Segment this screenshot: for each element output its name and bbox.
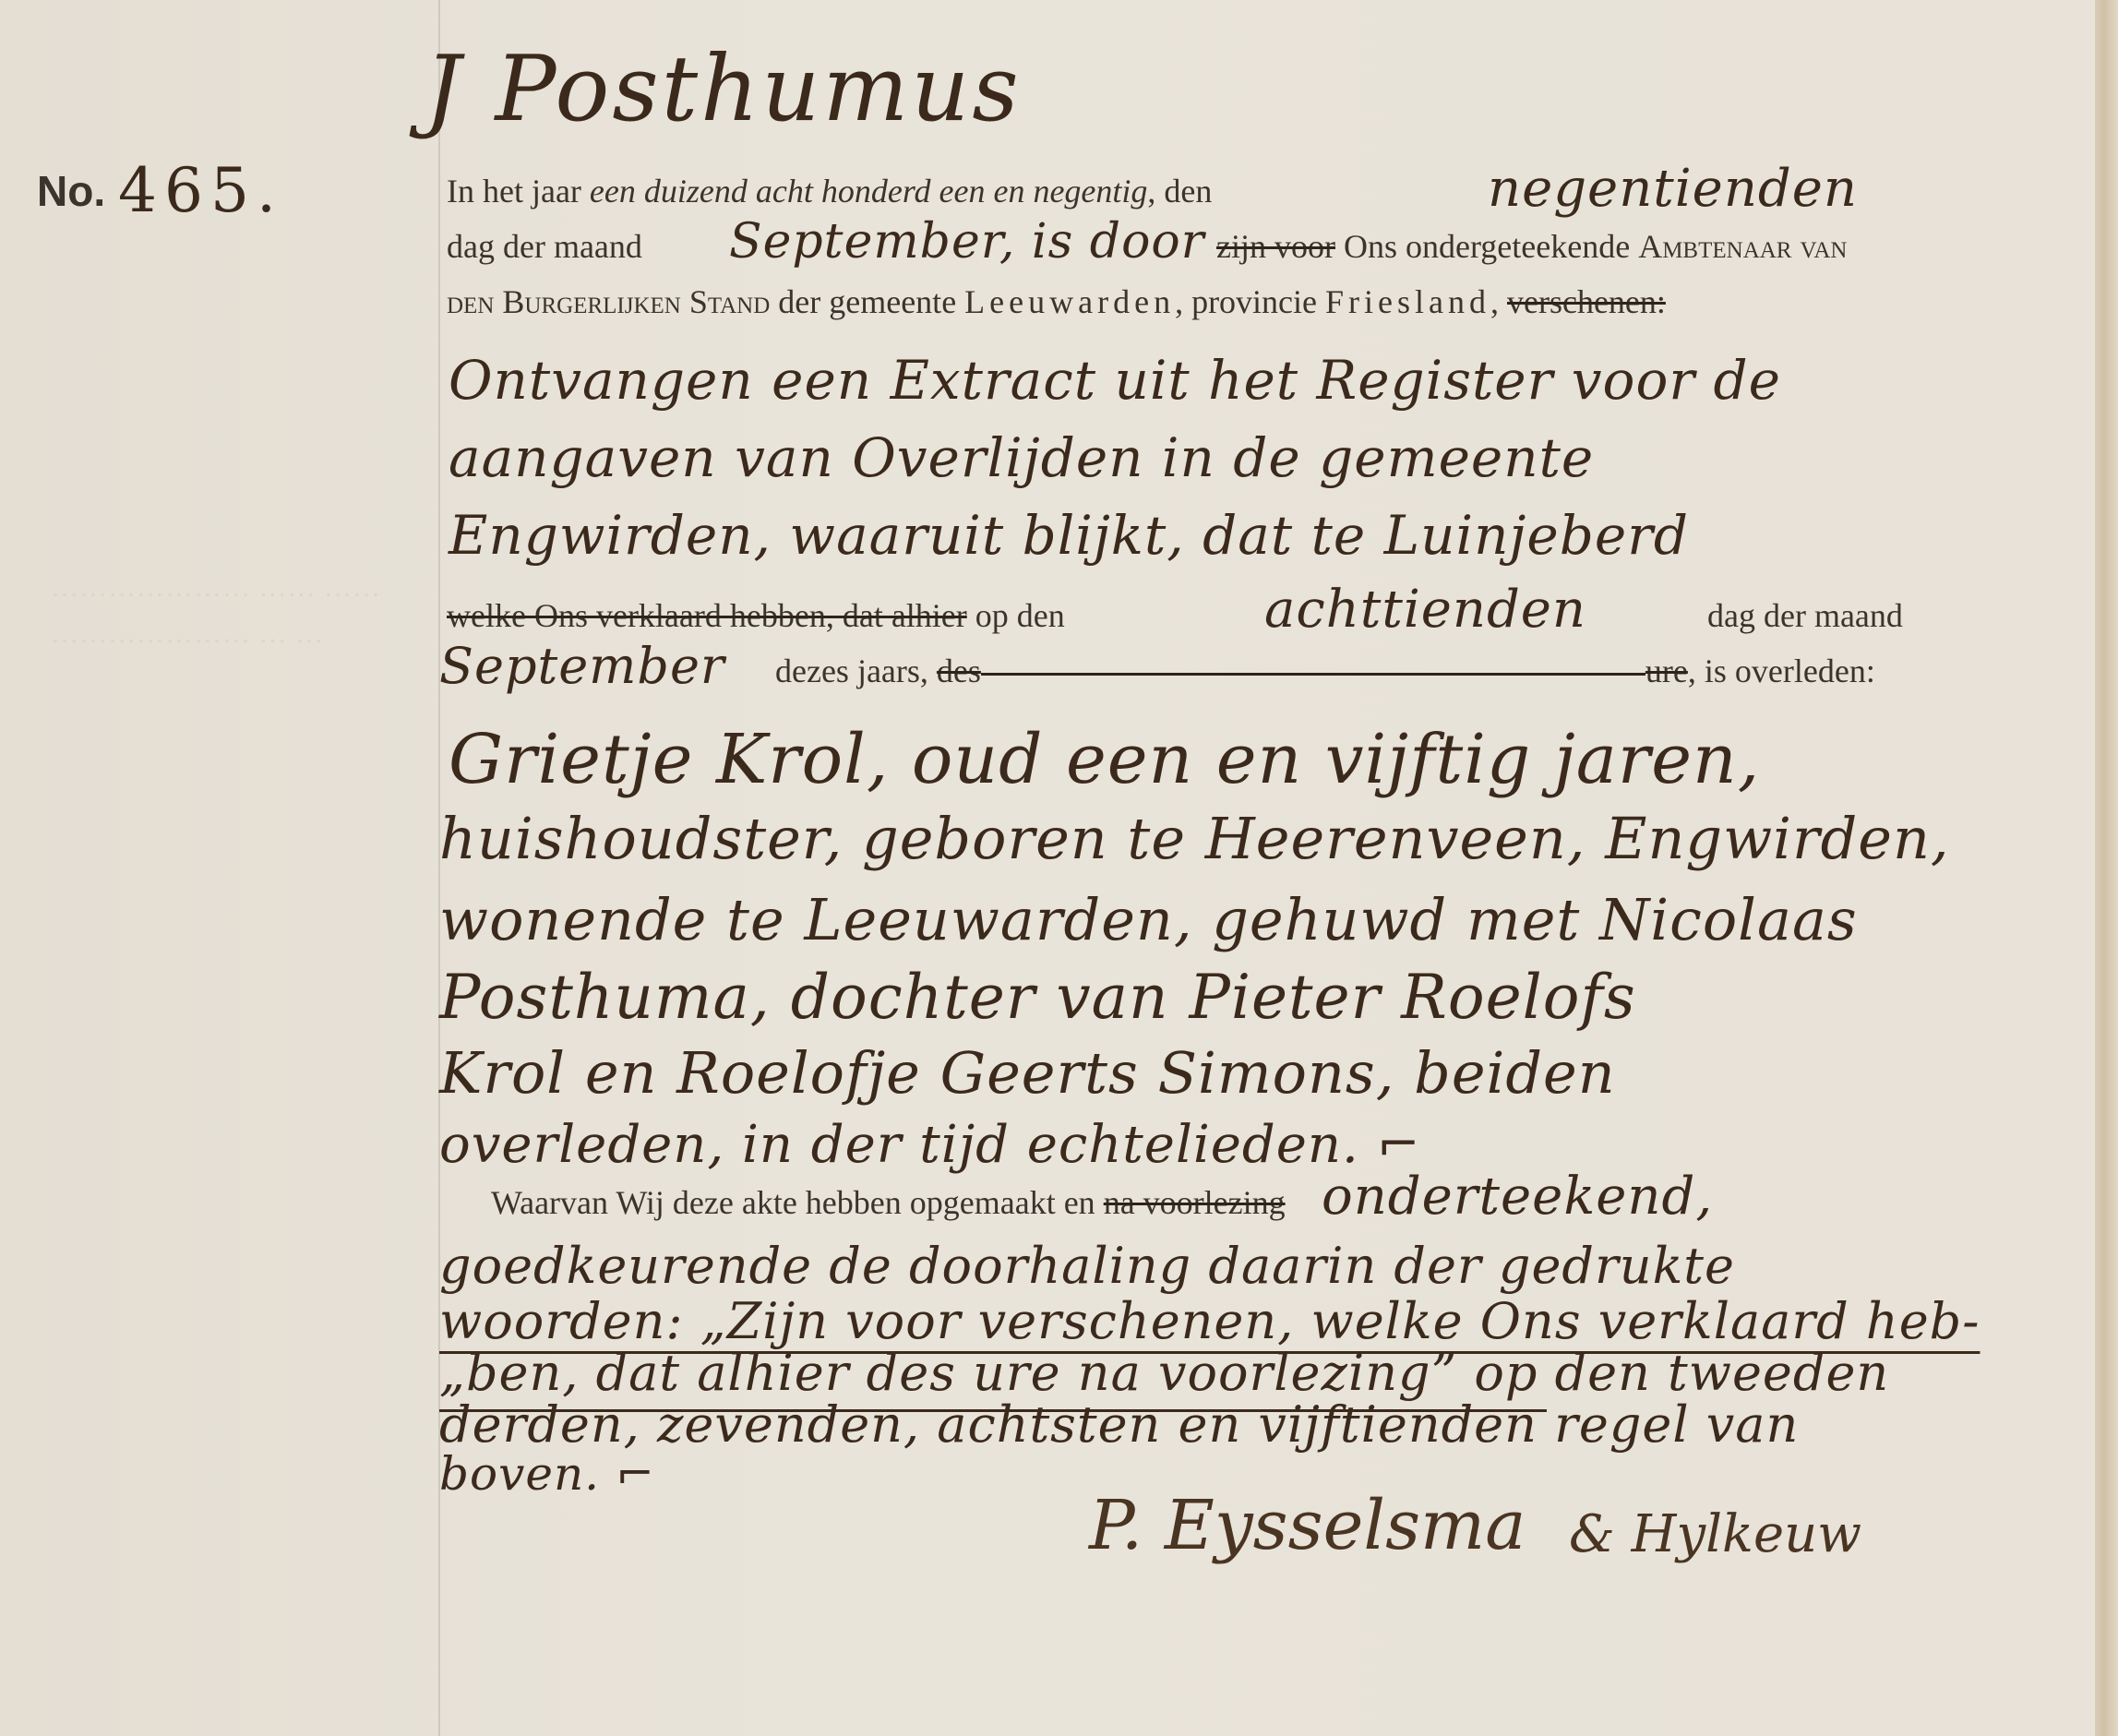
printed-text: dezes jaars,: [775, 652, 928, 689]
hand-day-of-record: negentienden: [1488, 159, 1858, 219]
struck-text: des: [937, 652, 981, 689]
struck-text: ure: [1645, 652, 1688, 689]
closing-hand-line: derden, zevenden, achtsten en vijftiende…: [439, 1395, 1799, 1454]
official-signature: P. Eysselsma: [1089, 1486, 1526, 1565]
deceased-line: Krol en Roelofje Geerts Simons, beiden: [439, 1039, 1616, 1107]
bleed-through-text: ………………… …… ……: [51, 572, 381, 604]
record-number-label: No.: [37, 166, 105, 216]
line-7: welke Ons verklaard hebben, dat alhier o…: [447, 596, 1065, 635]
closing-hand-line: boven. ⌐: [439, 1447, 655, 1501]
printed-year: een duizend acht honderd een en negentig: [590, 173, 1147, 210]
struck-text: zijn voor: [1216, 228, 1335, 265]
struck-text: verschenen:: [1507, 283, 1666, 320]
struck-text: welke Ons verklaard hebben, dat alhier: [447, 597, 967, 634]
printed-text: , is overleden:: [1688, 652, 1875, 689]
printed-text: Waarvan Wij deze akte hebben opgemaakt e…: [491, 1184, 1095, 1221]
hand-line: Engwirden, waaruit blijkt, dat te Luinje…: [449, 504, 1689, 567]
printed-text: Ons ondergeteekende: [1344, 228, 1630, 265]
printed-text: op den: [975, 597, 1065, 634]
printed-text: , provincie: [1175, 283, 1317, 320]
closing-hand-line: goedkeurende de doorhaling daarin der ge…: [439, 1237, 1735, 1295]
line-3: den Burgerlijken Stand der gemeente Leeu…: [447, 282, 1666, 321]
hand-line: Ontvangen een Extract uit het Register v…: [449, 349, 1781, 412]
printed-text: dag der maand: [447, 227, 642, 266]
line-8: dezes jaars, desure, is overleden:: [775, 652, 1875, 690]
hand-month: September, is door: [729, 214, 1205, 269]
printed-province: Friesland: [1325, 283, 1490, 320]
printed-text: Ambtenaar van: [1638, 228, 1847, 265]
line-1: In het jaar een duizend acht honderd een…: [447, 172, 1212, 210]
deceased-line: wonende te Leeuwarden, gehuwd met Nicola…: [439, 886, 1858, 953]
hand-text: onderteekend,: [1322, 1167, 1713, 1227]
printed-text: In het jaar: [447, 173, 581, 210]
header-signature: J Posthumus: [425, 37, 1022, 142]
line-2-right: zijn voor Ons ondergeteekende Ambtenaar …: [1216, 227, 1847, 266]
printed-text: , den: [1147, 173, 1212, 210]
closing-line: Waarvan Wij deze akte hebben opgemaakt e…: [491, 1183, 1286, 1222]
deceased-line: overleden, in der tijd echtelieden. ⌐: [439, 1115, 1420, 1175]
closing-hand-line-underlined: woorden: „Zijn voor verschenen, welke On…: [439, 1292, 1980, 1350]
printed-text: den Burgerlijken Stand: [447, 283, 770, 320]
printed-text: der gemeente: [778, 283, 956, 320]
official-signature-suffix: & Hylkeuw: [1569, 1504, 1861, 1564]
document-page: ………………… …… …… ………………… … … J Posthumus No…: [0, 0, 2095, 1736]
hand-day-of-death: achttienden: [1264, 580, 1586, 640]
printed-text: dag der maand: [1707, 596, 1903, 635]
record-number: 465.: [118, 155, 283, 226]
hand-text: , is door: [999, 214, 1205, 269]
deceased-line: huishoudster, geboren te Heerenveen, Eng…: [439, 805, 1950, 872]
printed-place: Leeuwarden: [964, 283, 1175, 320]
strike-line: [981, 673, 1645, 676]
deceased-line: Posthuma, dochter van Pieter Roelofs: [439, 962, 1636, 1033]
deceased-line: Grietje Krol, oud een en vijftig jaren,: [449, 720, 1760, 799]
page-edge: [2095, 0, 2118, 1736]
struck-text: na voorlezing: [1104, 1184, 1286, 1221]
hand-text: September: [729, 214, 999, 269]
bleed-through-text: ………………… … …: [51, 618, 324, 650]
hand-month-of-death: September: [439, 637, 725, 695]
hand-line: aangaven van Overlijden in de gemeente: [449, 426, 1594, 489]
closing-hand-line: „ben, dat alhier des ure na voorlezing” …: [439, 1344, 1889, 1402]
